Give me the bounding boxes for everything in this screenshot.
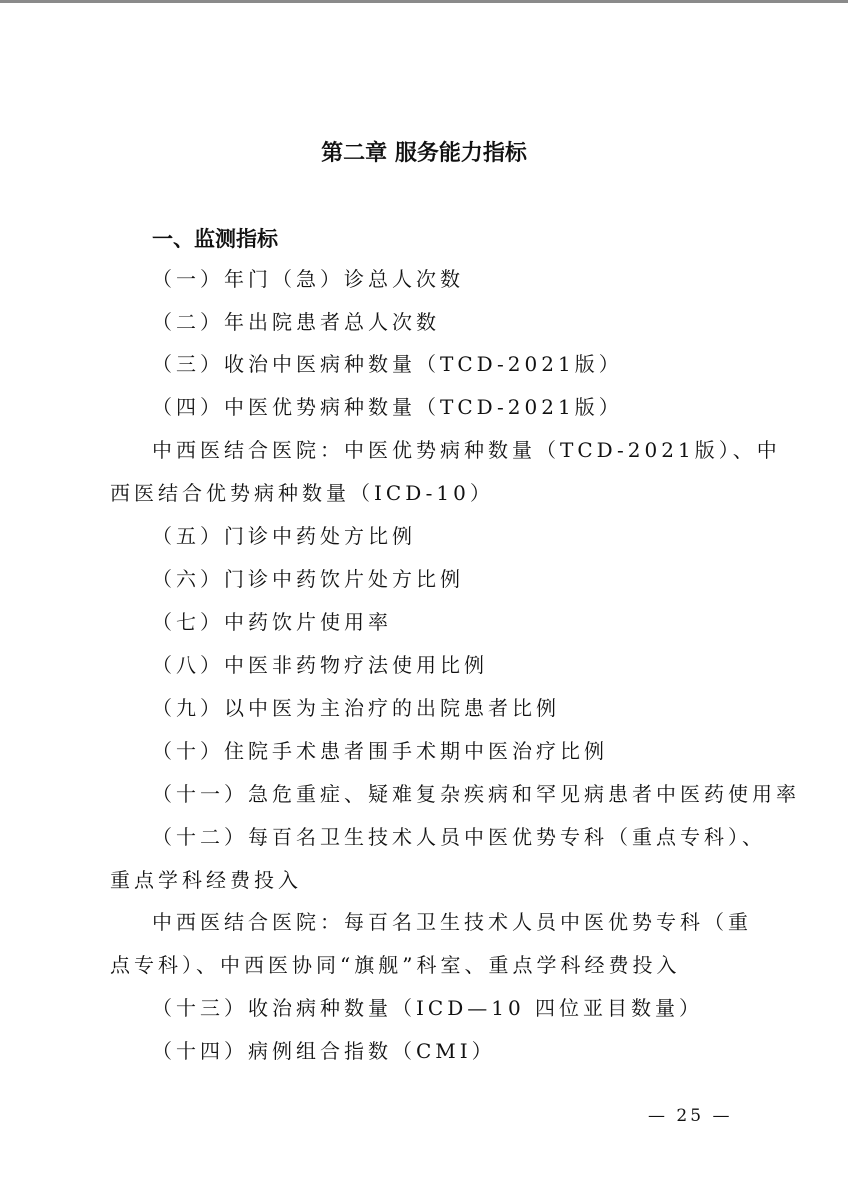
indicator-item: （九）以中医为主治疗的出院患者比例 bbox=[152, 693, 560, 723]
indicator-item-continuation: 点专科）、中西医协同“旗舰”科室、重点学科经费投入 bbox=[110, 950, 680, 980]
section-title: 一、监测指标 bbox=[152, 224, 278, 254]
indicator-item: （十三）收治病种数量（ICD—10 四位亚目数量） bbox=[152, 993, 703, 1023]
indicator-item-continuation: 西医结合优势病种数量（ICD-10） bbox=[110, 478, 494, 508]
indicator-item: （十一）急危重症、疑难复杂疾病和罕见病患者中医药使用率 bbox=[152, 779, 800, 809]
indicator-item: 中西医结合医院：中医优势病种数量（TCD-2021版）、中 bbox=[152, 435, 781, 465]
indicator-item: （八）中医非药物疗法使用比例 bbox=[152, 650, 488, 680]
indicator-item: （七）中药饮片使用率 bbox=[152, 607, 392, 637]
page-number: — 25 — bbox=[648, 1103, 732, 1129]
indicator-item: （六）门诊中药饮片处方比例 bbox=[152, 564, 464, 594]
indicator-item: （十二）每百名卫生技术人员中医优势专科（重点专科）、 bbox=[152, 822, 766, 852]
chapter-title: 第二章 服务能力指标 bbox=[0, 139, 848, 169]
indicator-item: （十四）病例组合指数（CMI） bbox=[152, 1036, 496, 1066]
indicator-item: （五）门诊中药处方比例 bbox=[152, 521, 416, 551]
indicator-item: （十）住院手术患者围手术期中医治疗比例 bbox=[152, 736, 608, 766]
indicator-item: 中西医结合医院：每百名卫生技术人员中医优势专科（重 bbox=[152, 907, 752, 937]
document-page: 第二章 服务能力指标 一、监测指标 （一）年门（急）诊总人次数（二）年出院患者总… bbox=[0, 3, 848, 1204]
indicator-item: （一）年门（急）诊总人次数 bbox=[152, 264, 464, 294]
indicator-item: （四）中医优势病种数量（TCD-2021版） bbox=[152, 392, 623, 422]
indicator-item-continuation: 重点学科经费投入 bbox=[110, 865, 302, 895]
indicator-item: （二）年出院患者总人次数 bbox=[152, 307, 440, 337]
indicator-item: （三）收治中医病种数量（TCD-2021版） bbox=[152, 349, 623, 379]
